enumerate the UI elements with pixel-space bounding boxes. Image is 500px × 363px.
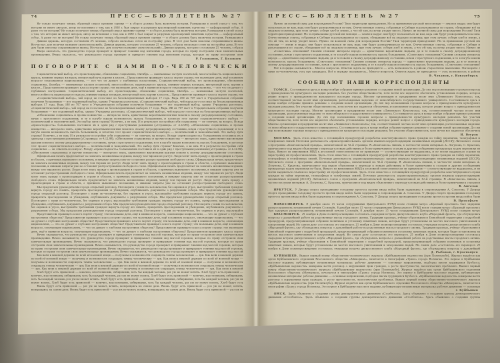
right-page-content: ПРЕСС—БЮЛЛЕТЕНЬ №27 75 Нужно ли военной … [268,13,480,299]
left-page-body: Не только получают теперь обратный смысл… [31,22,243,291]
paragraph: «Обновление социализма» и прочие новшест… [31,113,243,154]
paragraph: НОВОСИБИРСК. 8 декабря около 15 часов со… [268,202,480,212]
city-lead-in: ОМСК. [274,292,289,295]
booklet-spread: 74 ПРЕСС—БЮЛЛЕТЕНЬ №27 Не только получаю… [16,7,494,339]
left-page-header-title: ПРЕСС—БЮЛЛЕТЕНЬ №27 [110,13,243,19]
right-page: ПРЕСС—БЮЛЛЕТЕНЬ №27 75 Нужно ли военной … [255,7,494,339]
section-heading: ПОГОВОРИТЕ С НАМИ ПО-ЧЕЛОВЕЧЕСКИ [31,64,243,70]
paragraph: «Советские» отношения? Своими словами: и… [268,50,480,67]
paragraph: Социалистический выбор, его происхождени… [31,72,243,96]
paragraph: КРАСНОЯРСК. 25 ноября в Доме политпросве… [268,213,480,251]
paragraph: Всё в порядке оказывается... Многое вопр… [268,67,480,74]
paragraph: Дивная церковь, которую составляли 25 че… [31,39,243,49]
paragraph: МОСКВА. Здесь стало известно о готовящей… [268,136,480,184]
signature: Р. Голованов, Г. Кузовлев [31,56,243,60]
paragraph: Нужно ли военной силы для возрождения Ро… [268,22,480,49]
signature: В. Чуканов, г. Новосибирск [268,74,480,78]
right-page-header-title: ПРЕСС—БЮЛЛЕТЕНЬ №27 [268,13,401,19]
paragraph: Вновь будут есть привозной — раз уж не м… [31,284,243,291]
paragraph: ТОМСК. Состоявшееся здесь в конце ноября… [268,88,480,132]
paragraph: КУЙБЫШЕВ. Вышел первый номер общественно… [268,254,480,288]
paragraph: Представители правящего класса портят ст… [31,213,243,234]
paragraph: Вечно оказывается, что руководство город… [31,233,243,254]
section-heading: СООБЩАЮТ НАШИ КОРРЕСПОНДЕНТЫ [268,80,480,86]
left-page: 74 ПРЕСС—БЮЛЛЕТЕНЬ №27 Не только получаю… [16,7,255,339]
paragraph: Вчера оказалось, что руководство города … [31,50,243,57]
city-lead-in: ИРКУТСК. [274,188,295,191]
city-lead-in: НОВОСИБИРСК. [274,202,307,205]
paragraph: Мы предлагаем руководителям города откры… [31,185,243,212]
left-page-number: 74 [31,14,37,19]
scanned-document-photo: 74 ПРЕСС—БЮЛЛЕТЕНЬ №27 Не только получаю… [0,0,500,363]
paragraph: ИРКУТСК. У Дворца спорта проводившие гол… [268,188,480,198]
right-page-body: Нужно ли военной силы для возрождения Ро… [268,22,480,299]
left-page-header: 74 ПРЕСС—БЮЛЛЕТЕНЬ №27 [31,13,243,19]
city-lead-in: КУЙБЫШЕВ. [274,254,300,257]
right-page-header: ПРЕСС—БЮЛЛЕТЕНЬ №27 75 [268,13,480,19]
city-lead-in: ТОМСК. [274,88,290,91]
paragraph: Официальная печать предпочитает не замеч… [31,154,243,185]
paragraph: Как вели к вековой державе по всей её во… [31,254,243,271]
left-page-content: 74 ПРЕСС—БЮЛЛЕТЕНЬ №27 Не только получаю… [31,13,243,291]
right-page-number: 75 [474,14,480,19]
paragraph: «Социалистический выбор», чей народ не г… [31,96,243,113]
paragraph: Хлеб будут есть привозной — конечно, вла… [31,271,243,285]
paragraph: ОМСК. Здесь объявлено о создании группы … [268,292,480,299]
paragraph: Не только получают теперь обратный смысл… [31,22,243,39]
city-lead-in: КРАСНОЯРСК. [274,213,302,216]
city-lead-in: МОСКВА. [274,136,293,139]
